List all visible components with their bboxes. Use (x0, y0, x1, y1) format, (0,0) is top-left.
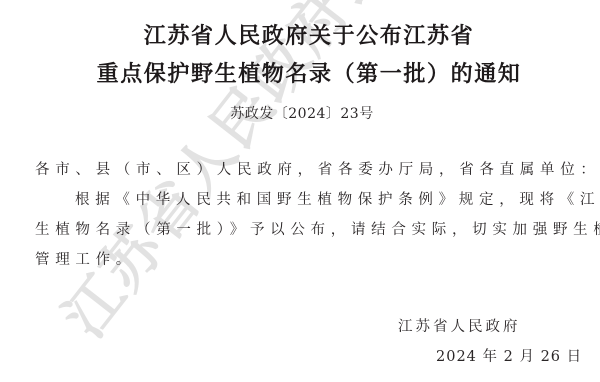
issue-date: 2024 年 2 月 26 日 (436, 345, 582, 366)
body-paragraph-line: 根据《中华人民共和国野生植物保护条例》规定，现将《江苏省重点保护野 (75, 188, 600, 209)
document-title-line2: 重点保护野生植物名录（第一批）的通知 (0, 57, 600, 88)
body-paragraph-line: 生植物名录（第一批）》予以公布，请结合实际，切实加强野生植物资源保护和 (35, 218, 600, 239)
document-title-line1: 江苏省人民政府关于公布江苏省 (0, 19, 600, 50)
document-page: 江苏省人民政府公报 江苏省人民政府关于公布江苏省 重点保护野生植物名录（第一批）… (0, 0, 600, 382)
signatory: 江苏省人民政府 (398, 315, 521, 336)
document-number: 苏政发〔2024〕23号 (0, 103, 600, 123)
addressee: 各市、县（市、区）人民政府，省各委办厅局，省各直属单位： (35, 158, 600, 179)
body-paragraph-line: 管理工作。 (35, 248, 136, 269)
